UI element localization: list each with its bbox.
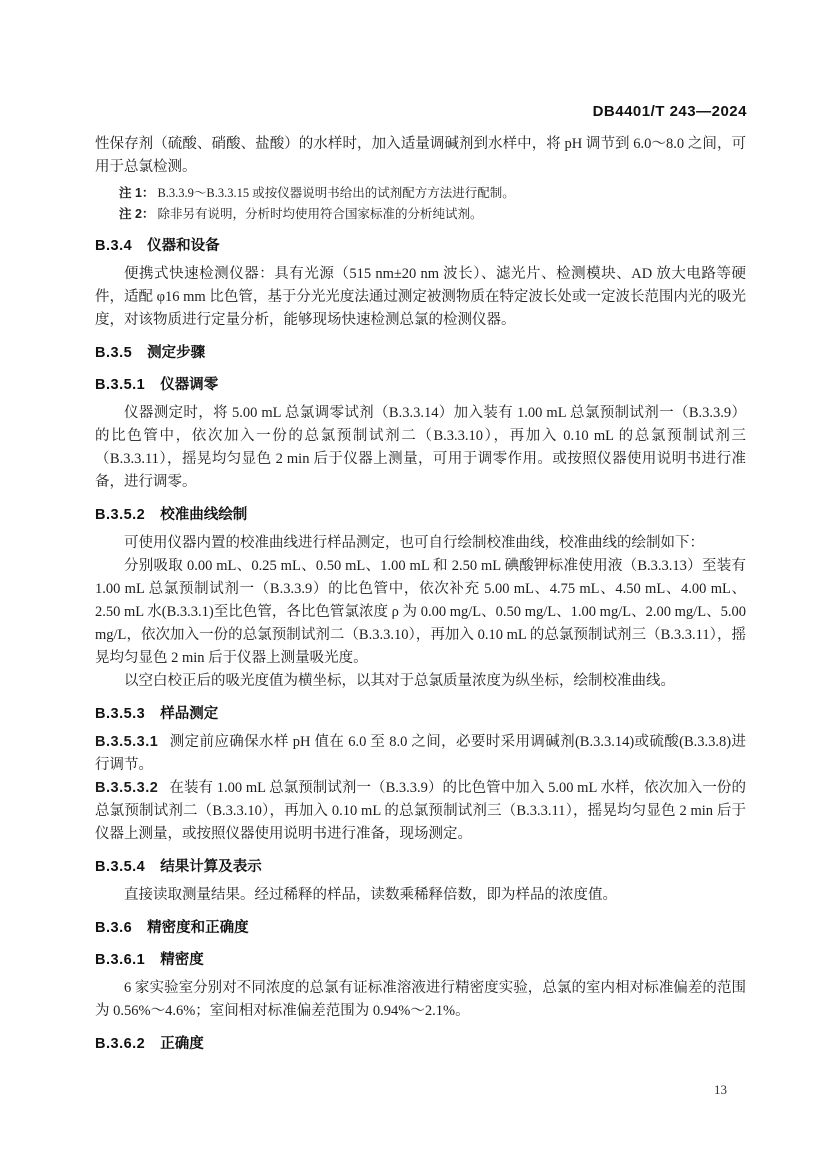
note-label: 注 1： (119, 186, 154, 200)
paragraph-b352-2: 分别吸取 0.00 mL、0.25 mL、0.50 mL、1.00 mL 和 2… (95, 555, 746, 670)
intro-paragraph: 性保存剂（硫酸、硝酸、盐酸）的水样时，加入适量调碱剂到水样中，将 pH 调节到 … (95, 133, 746, 179)
section-number: B.3.6.2 (95, 1036, 145, 1052)
note-text: B.3.3.9～B.3.3.15 或按仪器说明书给出的试剂配方方法进行配制。 (157, 186, 514, 200)
paragraph-b34: 便携式快速检测仪器：具有光源（515 nm±20 nm 波长）、滤光片、检测模块… (95, 263, 746, 332)
section-heading-b34: B.3.4仪器和设备 (95, 235, 746, 257)
section-heading-b35: B.3.5测定步骤 (95, 342, 746, 364)
section-heading-b354: B.3.5.4结果计算及表示 (95, 856, 746, 878)
section-number: B.3.6 (95, 920, 132, 936)
note-text: 除非另有说明，分析时均使用符合国家标准的分析纯试剂。 (157, 207, 482, 221)
section-number: B.3.6.1 (95, 952, 145, 968)
section-title: 精密度 (160, 952, 204, 968)
doc-number: DB4401/T 243—2024 (593, 103, 747, 120)
note-item-2: 注 2：除非另有说明，分析时均使用符合国家标准的分析纯试剂。 (95, 204, 746, 225)
section-title: 精密度和正确度 (147, 920, 249, 936)
paragraph-b352-1: 可使用仪器内置的校准曲线进行样品测定，也可自行绘制校准曲线，校准曲线的绘制如下： (95, 532, 746, 555)
section-number: B.3.5.3 (95, 706, 145, 722)
section-heading-b362: B.3.6.2正确度 (95, 1033, 746, 1055)
section-heading-b352: B.3.5.2校准曲线绘制 (95, 504, 746, 526)
document-page: DB4401/T 243—2024 性保存剂（硫酸、硝酸、盐酸）的水样时，加入适… (0, 0, 826, 1169)
section-title: 仪器调零 (160, 377, 218, 393)
section-number: B.3.4 (95, 238, 132, 254)
notes-block: 注 1：B.3.3.9～B.3.3.15 或按仪器说明书给出的试剂配方方法进行配… (95, 183, 746, 225)
note-label: 注 2： (119, 207, 154, 221)
clause-text: 测定前应确保水样 pH 值在 6.0 至 8.0 之间，必要时采用调碱剂(B.3… (95, 734, 746, 773)
section-title: 结果计算及表示 (160, 859, 262, 875)
paragraph-b352-3: 以空白校正后的吸光度值为横坐标，以其对于总氯质量浓度为纵坐标，绘制校准曲线。 (95, 670, 746, 693)
section-title: 正确度 (160, 1036, 204, 1052)
clause-paragraph-b3531: B.3.5.3.1测定前应确保水样 pH 值在 6.0 至 8.0 之间，必要时… (95, 731, 746, 777)
page-number: 13 (714, 1082, 727, 1098)
section-number: B.3.5 (95, 345, 132, 361)
section-title: 校准曲线绘制 (160, 507, 247, 523)
section-heading-b36: B.3.6精密度和正确度 (95, 917, 746, 939)
section-heading-b361: B.3.6.1精密度 (95, 949, 746, 971)
section-number: B.3.5.1 (95, 377, 145, 393)
section-heading-b353: B.3.5.3样品测定 (95, 703, 746, 725)
clause-number: B.3.5.3.2 (95, 780, 158, 796)
clause-text: 在装有 1.00 mL 总氯预制试剂一（B.3.3.9）的比色管中加入 5.00… (95, 780, 746, 842)
section-title: 样品测定 (160, 706, 218, 722)
section-number: B.3.5.2 (95, 507, 145, 523)
paragraph-b351: 仪器测定时，将 5.00 mL 总氯调零试剂（B.3.3.14）加入装有 1.0… (95, 402, 746, 494)
page-content: 性保存剂（硫酸、硝酸、盐酸）的水样时，加入适量调碱剂到水样中，将 pH 调节到 … (95, 133, 746, 1061)
clause-number: B.3.5.3.1 (95, 734, 158, 750)
note-item-1: 注 1：B.3.3.9～B.3.3.15 或按仪器说明书给出的试剂配方方法进行配… (95, 183, 746, 204)
section-number: B.3.5.4 (95, 859, 145, 875)
section-title: 仪器和设备 (147, 238, 220, 254)
section-title: 测定步骤 (147, 345, 205, 361)
clause-paragraph-b3532: B.3.5.3.2在装有 1.00 mL 总氯预制试剂一（B.3.3.9）的比色… (95, 777, 746, 846)
paragraph-b354: 直接读取测量结果。经过稀释的样品，读数乘稀释倍数，即为样品的浓度值。 (95, 884, 746, 907)
section-heading-b351: B.3.5.1仪器调零 (95, 374, 746, 396)
paragraph-b361: 6 家实验室分别对不同浓度的总氯有证标准溶液进行精密度实验，总氯的室内相对标准偏… (95, 977, 746, 1023)
